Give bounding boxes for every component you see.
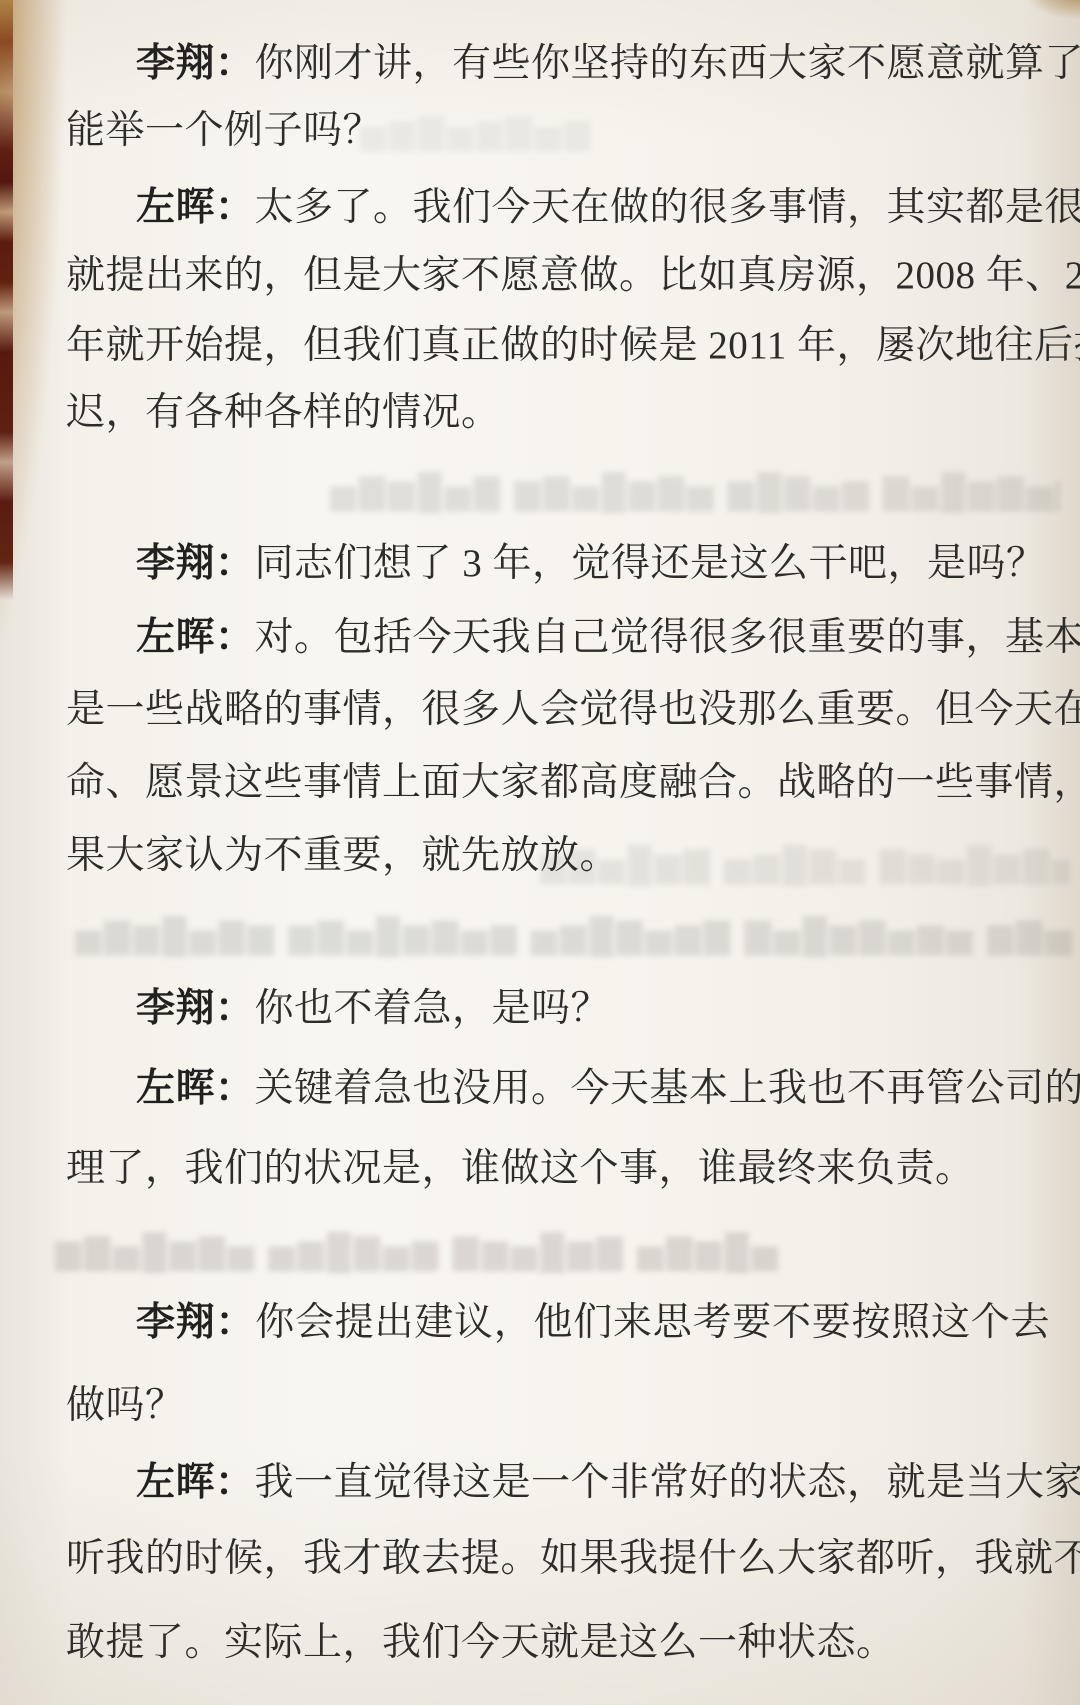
speaker-name: 左晖： [136, 1461, 255, 1504]
dialog-line: 左晖：我一直觉得这是一个非常好的状态，就是当大家不 [66, 1460, 1050, 1506]
line-text: 果大家认为不重要，就先放放。 [66, 834, 619, 877]
line-text: 我一直觉得这是一个非常好的状态，就是当大家不 [255, 1461, 1080, 1504]
bleedthrough-band: ▆▇▅█▆▇▅ ▅▆█▇▅▆ ▇▆▅█▆▇ ▅▇▆█▅ [55, 1232, 905, 1276]
dialog-line: 命、愿景这些事情上面大家都高度融合。战略的一些事情，如 [66, 760, 1050, 806]
line-text: 听我的时候，我才敢去提。如果我提什么大家都听，我就不太 [66, 1537, 1080, 1580]
dialog-line: 李翔：同志们想了 3 年，觉得还是这么干吧，是吗？ [66, 541, 1050, 587]
bleedthrough-band: ▅▇▆█▅▇▆ ▆▇▅█▆▇▅▆ ▅▆█▇▅▆▇ ▇▅█▆▇▅▆▅ ▆▇▅ [75, 916, 1075, 960]
speaker-name: 李翔： [136, 1301, 255, 1344]
dialog-line: 是一些战略的事情，很多人会觉得也没那么重要。但今天在使 [66, 687, 1050, 733]
book-edge-maroon-strip [0, 0, 13, 600]
speaker-name: 左晖： [136, 186, 255, 229]
page-edge-tan-right [1010, 0, 1080, 40]
line-text: 你刚才讲，有些你坚持的东西大家不愿意就算了， [255, 42, 1080, 85]
dialog-line: 果大家认为不重要，就先放放。 [66, 833, 1050, 879]
line-text: 你会提出建议，他们来思考要不要按照这个去 [255, 1301, 1050, 1344]
line-text: 太多了。我们今天在做的很多事情，其实都是很早 [255, 186, 1080, 229]
bleedthrough-band: ▅▇▆█▅▇ ▆▇▅█▆▇▅ ▆█▇▅▆ ▇▅█▆▇▅▆ ▅▇▆ [330, 472, 1060, 516]
dialog-line: 李翔：你刚才讲，有些你坚持的东西大家不愿意就算了， [66, 41, 1050, 87]
line-text: 对。包括今天我自己觉得很多很重要的事，基本上 [255, 616, 1080, 659]
dialog-line: 李翔：你也不着急，是吗？ [66, 986, 1050, 1032]
dialog-line: 做吗？ [66, 1383, 1050, 1429]
dialog-line: 就提出来的，但是大家不愿意做。比如真房源，2008 年、2009 [66, 253, 1050, 299]
speaker-name: 李翔： [136, 542, 255, 585]
line-text: 做吗？ [66, 1384, 185, 1427]
line-text: 关键着急也没用。今天基本上我也不再管公司的管 [255, 1067, 1080, 1110]
speaker-name: 李翔： [136, 42, 255, 85]
dialog-line: 迟，有各种各样的情况。 [66, 390, 1050, 436]
speaker-name: 李翔： [136, 987, 255, 1030]
dialog-line: 听我的时候，我才敢去提。如果我提什么大家都听，我就不太 [66, 1536, 1050, 1582]
line-text: 你也不着急，是吗？ [255, 987, 611, 1030]
dialog-line: 李翔：你会提出建议，他们来思考要不要按照这个去 [66, 1300, 1050, 1346]
dialog-line: 左晖：对。包括今天我自己觉得很多很重要的事，基本上 [66, 615, 1050, 661]
dialog-line: 理了，我们的状况是，谁做这个事，谁最终来负责。 [66, 1146, 1050, 1192]
line-text: 迟，有各种各样的情况。 [66, 391, 501, 434]
line-text: 同志们想了 3 年，觉得还是这么干吧，是吗？ [255, 542, 1046, 585]
line-text: 命、愿景这些事情上面大家都高度融合。战略的一些事情，如 [66, 761, 1080, 804]
dialog-line: 能举一个例子吗？ [66, 108, 1050, 154]
dialog-line: 左晖：太多了。我们今天在做的很多事情，其实都是很早 [66, 185, 1050, 231]
line-text: 年就开始提，但我们真正做的时候是 2011 年，屡次地往后推 [66, 324, 1080, 367]
line-text: 能举一个例子吗？ [66, 109, 382, 152]
line-text: 是一些战略的事情，很多人会觉得也没那么重要。但今天在使 [66, 688, 1080, 731]
line-text: 就提出来的，但是大家不愿意做。比如真房源，2008 年、2009 [66, 254, 1080, 297]
dialog-line: 年就开始提，但我们真正做的时候是 2011 年，屡次地往后推 [66, 323, 1050, 369]
speaker-name: 左晖： [136, 616, 255, 659]
line-text: 敢提了。实际上，我们今天就是这么一种状态。 [66, 1621, 896, 1664]
line-text: 理了，我们的状况是，谁做这个事，谁最终来负责。 [66, 1147, 975, 1190]
dialog-line: 敢提了。实际上，我们今天就是这么一种状态。 [66, 1620, 1050, 1666]
speaker-name: 左晖： [136, 1067, 255, 1110]
book-page-photo: { "page": { "type": "printed-book-page",… [0, 0, 1080, 1705]
dialog-line: 左晖：关键着急也没用。今天基本上我也不再管公司的管 [66, 1066, 1050, 1112]
